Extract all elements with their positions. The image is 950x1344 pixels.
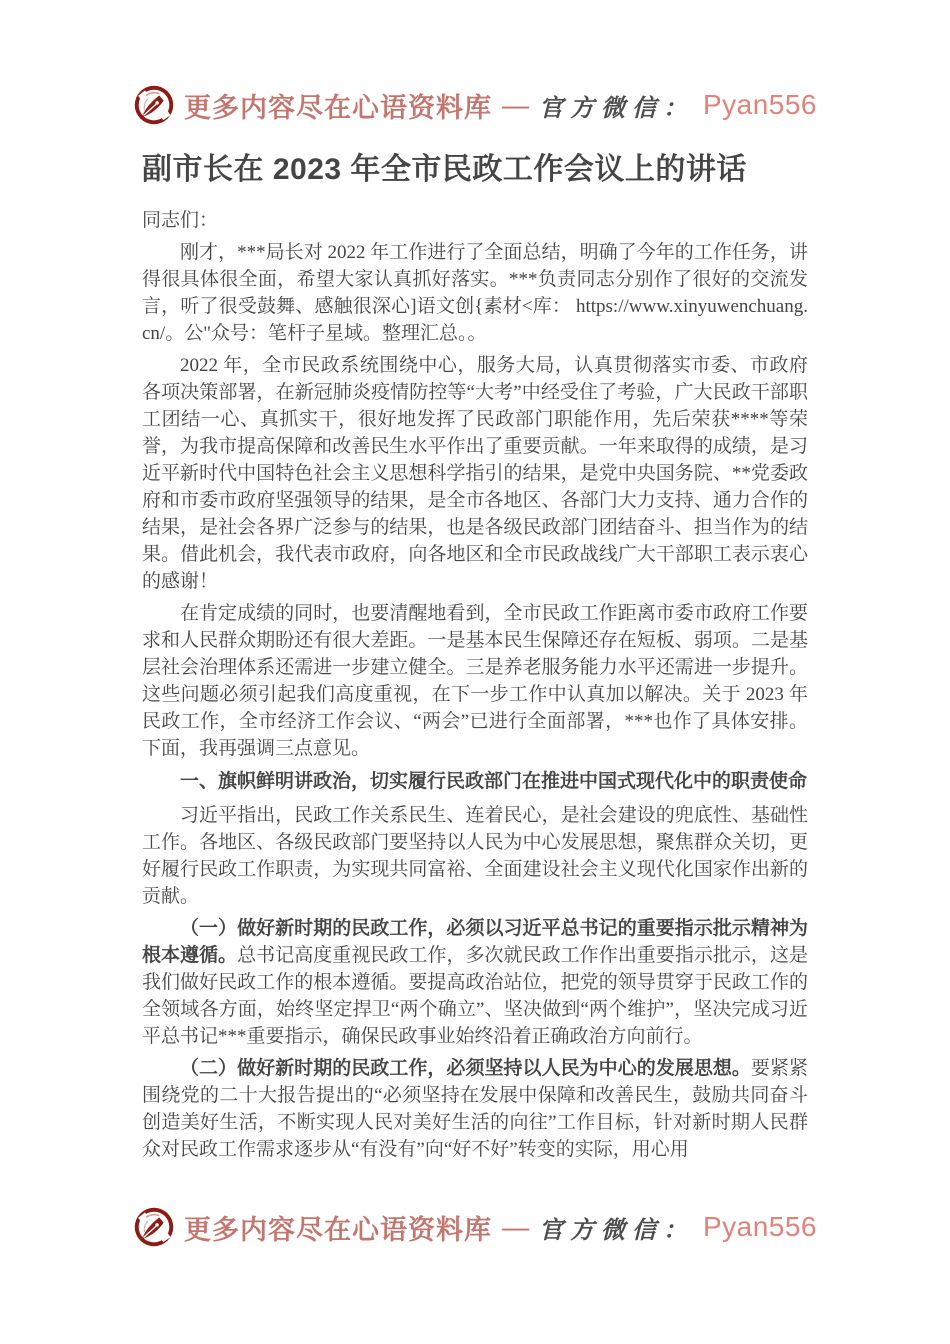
paragraph-point-2-lead: （二）做好新时期的民政工作，必须坚持以人民为中心的发展思想。 [180,1058,751,1079]
paragraph-opening: 刚才，***局长对 2022 年工作进行了全面总结，明确了今年的工作任务，讲得很… [142,239,808,347]
section-heading-1: 一、旗帜鲜明讲政治，切实履行民政部门在推进中国式现代化中的职责使命 [142,768,808,795]
watermark-text: 更多内容尽在心语资料库 [184,86,492,125]
pen-ink-logo-icon [133,1206,175,1248]
paragraph-problems: 在肯定成绩的同时，也要清醒地看到，全市民政工作距离市委市政府工作要求和人民群众期… [142,600,808,762]
paragraph-2022-review: 2022 年，全市民政系统围绕中心，服务大局，认真贯彻落实市委、市政府各项决策部… [142,352,808,595]
wechat-label: 官方微信： [539,88,694,123]
pen-ink-logo-icon [133,84,175,126]
watermark-banner-bottom: 更多内容尽在心语资料库—官方微信： Pyan556 [0,1206,950,1248]
paragraph-point-2: （二）做好新时期的民政工作，必须坚持以人民为中心的发展思想。要紧紧围绕党的二十大… [142,1055,808,1163]
paragraph-xi-quote: 习近平指出，民政工作关系民生、连着民心，是社会建设的兜底性、基础性工作。各地区、… [142,802,808,910]
document-content: 副市长在 2023 年全市民政工作会议上的讲话 同志们： 刚才，***局长对 2… [142,150,808,1168]
watermark-dash: — [502,1212,529,1243]
watermark-banner-top: 更多内容尽在心语资料库—官方微信： Pyan556 [0,84,950,126]
page-title: 副市长在 2023 年全市民政工作会议上的讲话 [142,150,808,190]
salutation: 同志们： [142,207,808,234]
watermark-dash: — [502,90,529,121]
wechat-label: 官方微信： [539,1210,694,1245]
paragraph-point-1-body: 总书记高度重视民政工作，多次就民政工作作出重要指示批示，这是我们做好民政工作的根… [142,945,808,1047]
wechat-id: Pyan556 [703,1211,817,1243]
wechat-id: Pyan556 [703,89,817,121]
document-page: 更多内容尽在心语资料库—官方微信： Pyan556 副市长在 2023 年全市民… [0,0,950,1344]
watermark-text: 更多内容尽在心语资料库 [184,1208,492,1247]
paragraph-point-1: （一）做好新时期的民政工作，必须以习近平总书记的重要指示批示精神为根本遵循。总书… [142,915,808,1050]
